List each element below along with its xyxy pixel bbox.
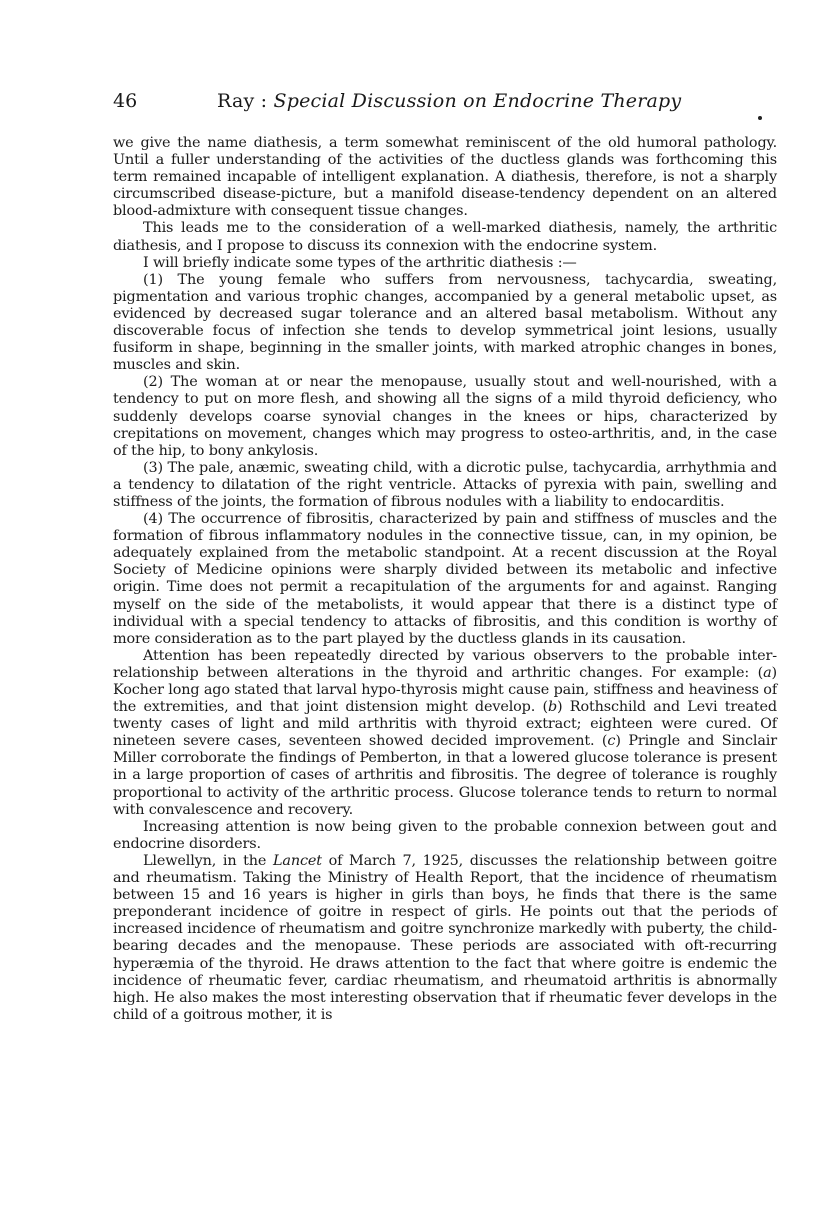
paragraph: Attention has been repeatedly directed b… bbox=[113, 648, 777, 819]
paragraph-type-1: (1) The young female who suffers from ne… bbox=[113, 272, 777, 375]
paragraph-type-3: (3) The pale, anæmic, sweating child, wi… bbox=[113, 460, 777, 511]
author-name: Ray bbox=[217, 90, 254, 112]
paragraph: Increasing attention is now being given … bbox=[113, 819, 777, 853]
paragraph-type-4: (4) The occurrence of fibrositis, charac… bbox=[113, 511, 777, 648]
paragraph: I will briefly indicate some types of th… bbox=[113, 255, 777, 272]
body-text: we give the name diathesis, a term somew… bbox=[113, 135, 777, 1024]
paragraph: we give the name diathesis, a term somew… bbox=[113, 135, 777, 220]
title-separator: : bbox=[254, 90, 273, 112]
paragraph-type-2: (2) The woman at or near the menopause, … bbox=[113, 374, 777, 459]
italic-label: a bbox=[763, 665, 771, 681]
running-header: 46 Ray : Special Discussion on Endocrine… bbox=[113, 88, 777, 122]
journal-name: Lancet bbox=[273, 853, 322, 869]
paragraph: Llewellyn, in the Lancet of March 7, 192… bbox=[113, 853, 777, 1024]
text-run: Attention has been repeatedly directed b… bbox=[113, 648, 777, 681]
italic-label: b bbox=[548, 699, 557, 715]
text-run: of March 7, 1925, discusses the relation… bbox=[113, 853, 777, 1023]
text-run: Llewellyn, in the bbox=[143, 853, 273, 869]
document-page: 46 Ray : Special Discussion on Endocrine… bbox=[113, 88, 777, 1024]
article-title: Special Discussion on Endocrine Therapy bbox=[274, 90, 682, 112]
page-number: 46 bbox=[113, 90, 137, 112]
stray-mark bbox=[758, 116, 762, 120]
paragraph: This leads me to the consideration of a … bbox=[113, 220, 777, 254]
running-title: Ray : Special Discussion on Endocrine Th… bbox=[217, 90, 681, 112]
